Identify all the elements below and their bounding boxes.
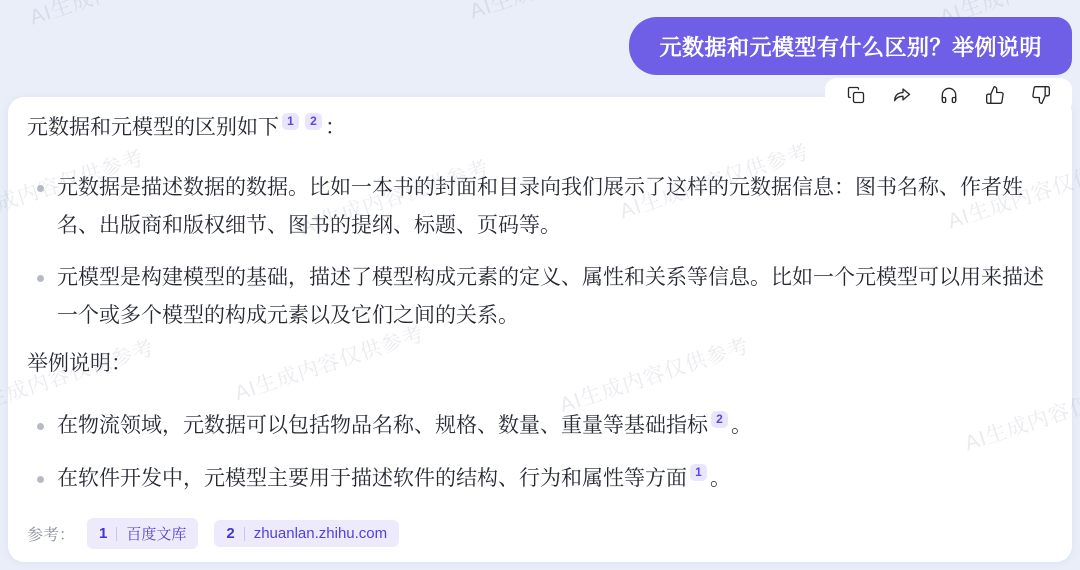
- user-question-bubble: 元数据和元模型有什么区别？举例说明: [629, 17, 1072, 75]
- intro-suffix: ：: [325, 116, 346, 139]
- list-item: 在软件开发中，元模型主要用于描述软件的结构、行为和属性等方面1。: [27, 460, 1052, 498]
- thumbs-up-icon: [985, 85, 1005, 108]
- message-toolbar: [825, 78, 1072, 114]
- thumbs-down-icon: [1031, 85, 1051, 108]
- list-item: 元模型是构建模型的基础，描述了模型构成元素的定义、属性和关系等信息。比如一个元模…: [27, 259, 1052, 335]
- answer-content: 元数据和元模型的区别如下12： 元数据是描述数据的数据。比如一本书的封面和目录向…: [8, 97, 1072, 549]
- definition-list: 元数据是描述数据的数据。比如一本书的封面和目录向我们展示了这样的元数据信息：图书…: [27, 169, 1052, 335]
- references-label: 参考：: [27, 522, 75, 545]
- list-item: 元数据是描述数据的数据。比如一本书的封面和目录向我们展示了这样的元数据信息：图书…: [27, 169, 1052, 245]
- bullet-suffix: 。: [731, 414, 752, 437]
- example-heading: 举例说明：: [27, 349, 1052, 379]
- citation-badge[interactable]: 1: [690, 464, 707, 481]
- answer-card: 元数据和元模型的区别如下12： 元数据是描述数据的数据。比如一本书的封面和目录向…: [8, 97, 1072, 562]
- read-aloud-button[interactable]: [938, 85, 960, 107]
- divider: [244, 527, 245, 541]
- question-text: 元数据和元模型有什么区别？举例说明: [659, 31, 1042, 62]
- copy-icon: [846, 85, 866, 108]
- answer-intro: 元数据和元模型的区别如下12：: [27, 113, 1052, 143]
- reference-chip-baidu[interactable]: 1 百度文库: [87, 518, 198, 549]
- reference-index: 2: [226, 525, 234, 542]
- ai-watermark-text: AI生成内容仅供参考: [465, 0, 662, 25]
- reference-index: 1: [99, 525, 107, 542]
- reference-chip-zhihu[interactable]: 2 zhuanlan.zhihu.com: [214, 520, 399, 547]
- reference-source: zhuanlan.zhihu.com: [254, 525, 387, 542]
- ai-watermark-text: AI生成内容仅供参考: [25, 0, 222, 31]
- share-button[interactable]: [891, 85, 913, 107]
- citation-badge[interactable]: 1: [282, 113, 299, 130]
- bullet-suffix: 。: [710, 467, 731, 490]
- bullet-text: 元数据是描述数据的数据。比如一本书的封面和目录向我们展示了这样的元数据信息：图书…: [57, 176, 1023, 237]
- references-row: 参考： 1 百度文库 2 zhuanlan.zhihu.com: [27, 518, 1052, 549]
- reference-source: 百度文库: [126, 523, 186, 544]
- bullet-text: 在软件开发中，元模型主要用于描述软件的结构、行为和属性等方面: [57, 467, 687, 490]
- share-icon: [892, 85, 912, 108]
- thumbs-up-button[interactable]: [984, 85, 1006, 107]
- headphones-icon: [939, 85, 959, 108]
- intro-text: 元数据和元模型的区别如下: [27, 116, 279, 139]
- copy-button[interactable]: [845, 85, 867, 107]
- list-item: 在物流领域，元数据可以包括物品名称、规格、数量、重量等基础指标2。: [27, 407, 1052, 445]
- bullet-text: 在物流领域，元数据可以包括物品名称、规格、数量、重量等基础指标: [57, 414, 708, 437]
- example-list: 在物流领域，元数据可以包括物品名称、规格、数量、重量等基础指标2。 在软件开发中…: [27, 407, 1052, 498]
- divider: [116, 527, 117, 541]
- chat-screen: AI生成内容仅供参考AI生成内容仅供参考AI生成内容仅供参考AI生成内容仅供参考…: [0, 0, 1080, 570]
- citation-badge[interactable]: 2: [711, 411, 728, 428]
- bullet-text: 元模型是构建模型的基础，描述了模型构成元素的定义、属性和关系等信息。比如一个元模…: [57, 266, 1044, 327]
- citation-badge[interactable]: 2: [305, 113, 322, 130]
- thumbs-down-button[interactable]: [1030, 85, 1052, 107]
